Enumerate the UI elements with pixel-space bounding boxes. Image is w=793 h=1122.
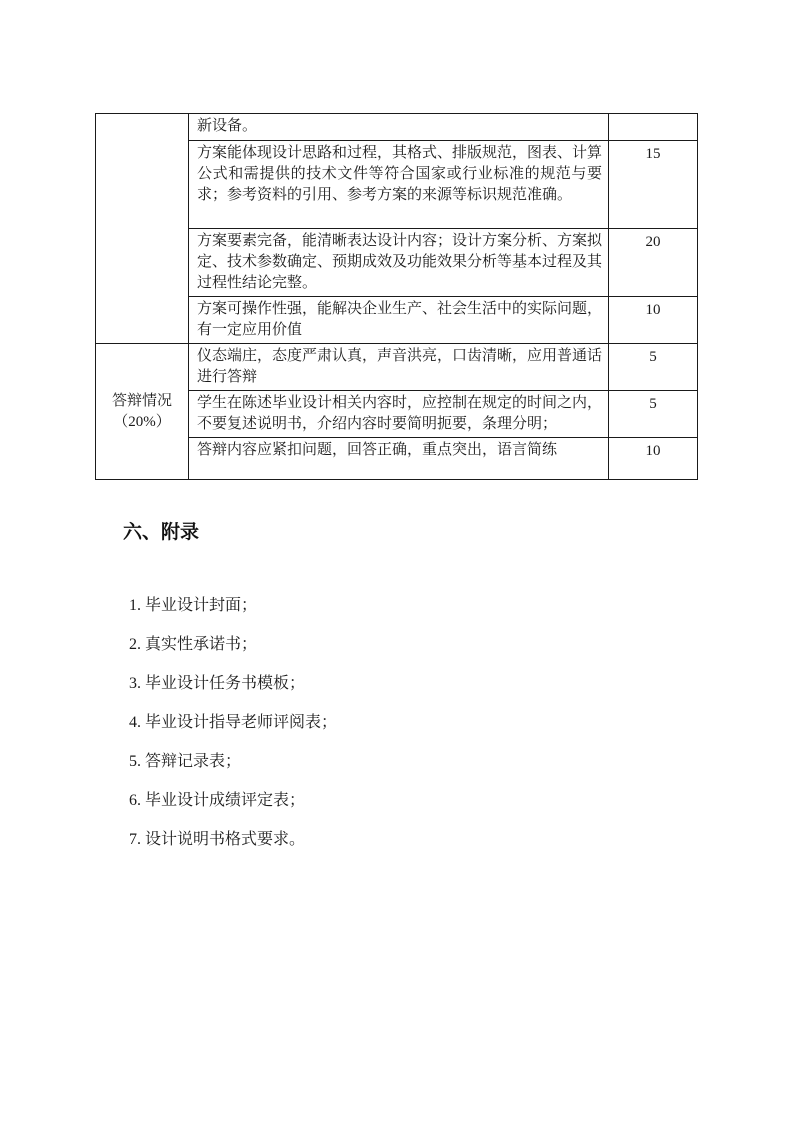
score-cell [609,114,698,141]
table-row: 新设备。 [96,114,698,141]
list-item: 6. 毕业设计成绩评定表； [129,781,689,820]
criteria-cell: 方案可操作性强，能解决企业生产、社会生活中的实际问题，有一定应用价值 [189,297,609,344]
criteria-cell: 仪态端庄，态度严肃认真，声音洪亮，口齿清晰，应用普通话进行答辩 [189,344,609,391]
category-cell-defense: 答辩情况 （20%） [96,344,189,480]
section-heading: 六、附录 [123,519,199,547]
category-weight: （20%） [98,412,186,433]
category-label: 答辩情况 [98,391,186,412]
category-cell-top [96,114,189,344]
table-row: 答辩情况 （20%） 仪态端庄，态度严肃认真，声音洪亮，口齿清晰，应用普通话进行… [96,344,698,391]
score-cell: 5 [609,344,698,391]
criteria-cell: 答辩内容应紧扣问题，回答正确，重点突出，语言简练 [189,438,609,480]
score-cell: 15 [609,141,698,229]
score-cell: 5 [609,391,698,438]
criteria-cell: 方案要素完备，能清晰表达设计内容；设计方案分析、方案拟定、技术参数确定、预期成效… [189,229,609,297]
score-cell: 10 [609,438,698,480]
list-item: 2. 真实性承诺书； [129,625,689,664]
score-cell: 10 [609,297,698,344]
criteria-cell: 学生在陈述毕业设计相关内容时，应控制在规定的时间之内，不要复述说明书，介绍内容时… [189,391,609,438]
document-page: 新设备。 方案能体现设计思路和过程，其格式、排版规范，图表、计算公式和需提供的技… [0,0,793,1122]
grading-table: 新设备。 方案能体现设计思路和过程，其格式、排版规范，图表、计算公式和需提供的技… [95,113,698,480]
criteria-cell: 新设备。 [189,114,609,141]
criteria-cell: 方案能体现设计思路和过程，其格式、排版规范，图表、计算公式和需提供的技术文件等符… [189,141,609,229]
appendix-list: 1. 毕业设计封面； 2. 真实性承诺书； 3. 毕业设计任务书模板； 4. 毕… [129,586,689,859]
list-item: 5. 答辩记录表； [129,742,689,781]
list-item: 4. 毕业设计指导老师评阅表； [129,703,689,742]
list-item: 3. 毕业设计任务书模板； [129,664,689,703]
list-item: 1. 毕业设计封面； [129,586,689,625]
score-cell: 20 [609,229,698,297]
list-item: 7. 设计说明书格式要求。 [129,820,689,859]
